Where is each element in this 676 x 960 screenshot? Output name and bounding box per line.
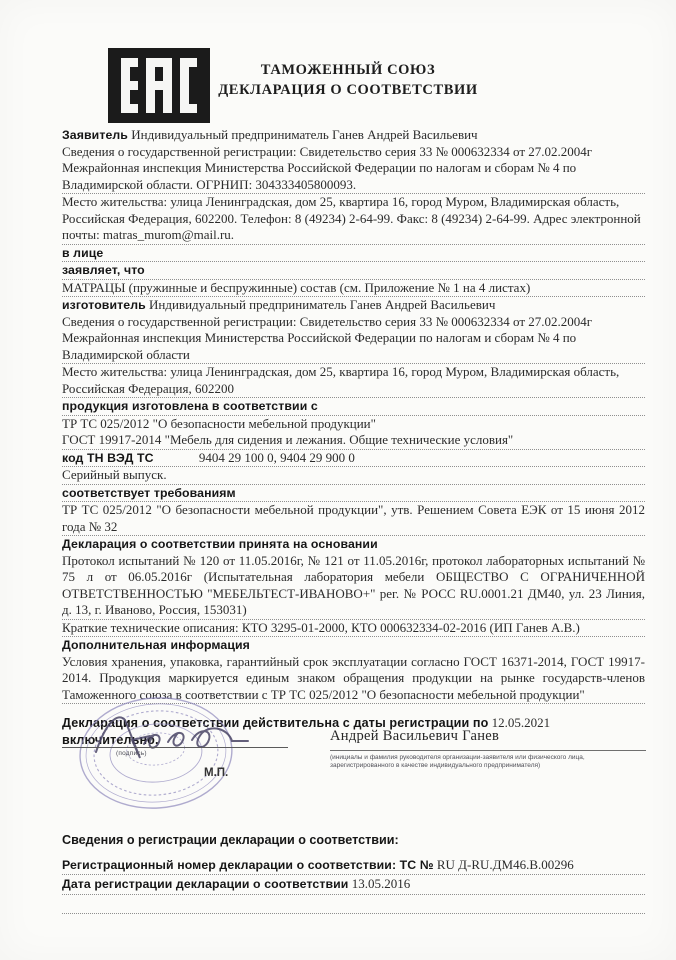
stamp-place-label: М.П. <box>204 767 228 779</box>
basis-label: Декларация о соответствии принята на осн… <box>62 536 645 553</box>
manufacturer-label: изготовитель <box>62 298 146 312</box>
applicant-label: Заявитель <box>62 128 128 142</box>
field-tnved-code: код ТН ВЭД ТС 9404 29 100 0, 9404 29 900… <box>62 450 645 468</box>
manufacturer-registration-info: Сведения о государственной регистрации: … <box>62 314 645 365</box>
technical-descriptions: Краткие технические описания: КТО 3295-0… <box>62 620 645 638</box>
registration-number-value: RU Д-RU.ДМ46.В.00296 <box>437 857 574 872</box>
validity-date: 12.05.2021 <box>492 715 551 730</box>
applicant-address: Место жительства: улица Ленинградская, д… <box>62 194 645 245</box>
signature-scrawl <box>88 700 268 770</box>
registration-date-label: Дата регистрации декларации о соответств… <box>62 877 348 891</box>
title-line-1: ТАМОЖЕННЫЙ СОЮЗ <box>40 60 656 80</box>
document-title: ТАМОЖЕННЫЙ СОЮЗ ДЕКЛАРАЦИЯ О СООТВЕТСТВИ… <box>40 60 656 100</box>
tnved-value: 9404 29 100 0, 9404 29 900 0 <box>199 450 355 465</box>
applicant-registration-info: Сведения о государственной регистрации: … <box>62 144 645 195</box>
tnved-label: код ТН ВЭД ТС <box>62 451 154 465</box>
standard-gost: ГОСТ 19917-2014 "Мебель для сидения и ле… <box>62 432 645 450</box>
field-manufacturer: изготовитель Индивидуальный предпринимат… <box>62 297 645 314</box>
serial-issue: Серийный выпуск. <box>62 467 645 485</box>
signatory-name-line <box>330 750 646 751</box>
product-description: МАТРАЦЫ (пружинные и беспружинные) соста… <box>62 280 645 298</box>
declaration-document: ЕАС ТАМОЖЕННЫЙ СОЮЗ ДЕКЛАРАЦИЯ О СООТВЕТ… <box>0 0 676 960</box>
manufacturer-address: Место жительства: улица Ленинградская, д… <box>62 364 645 398</box>
basis-text: Протокол испытаний № 120 от 11.05.2016г,… <box>62 553 645 620</box>
registration-number-label: Регистрационный номер декларации о соотв… <box>62 858 434 872</box>
registration-section: Сведения о регистрации декларации о соот… <box>62 831 645 914</box>
registration-number-row: Регистрационный номер декларации о соотв… <box>62 856 645 876</box>
signature-line <box>62 747 288 748</box>
registration-date-row: Дата регистрации декларации о соответств… <box>62 875 645 895</box>
document-body: Заявитель Индивидуальный предприниматель… <box>62 127 645 748</box>
signatory-name: Андрей Васильевич Ганев <box>330 728 499 745</box>
standard-tr-ts: ТР ТС 025/2012 "О безопасности мебельной… <box>62 416 645 433</box>
signature-caption: (подпись) <box>116 750 147 757</box>
complies-label: соответствует требованиям <box>62 485 645 503</box>
title-line-2: ДЕКЛАРАЦИЯ О СООТВЕТСТВИИ <box>40 80 656 100</box>
accordance-label: продукция изготовлена в соответствии с <box>62 398 645 416</box>
manufacturer-value: Индивидуальный предприниматель Ганев Анд… <box>149 297 495 312</box>
registration-empty-row <box>62 895 645 915</box>
registration-header: Сведения о регистрации декларации о соот… <box>62 831 645 850</box>
complies-text: ТР ТС 025/2012 "О безопасности мебельной… <box>62 502 645 536</box>
field-applicant: Заявитель Индивидуальный предприниматель… <box>62 127 645 144</box>
signatory-name-caption: (инициалы и фамилия руководителя организ… <box>330 754 642 770</box>
applicant-value: Индивидуальный предприниматель Ганев Анд… <box>131 127 477 142</box>
in-person-label: в лице <box>62 245 645 263</box>
declares-label: заявляет, что <box>62 262 645 280</box>
additional-info-label: Дополнительная информация <box>62 637 645 654</box>
registration-date-value: 13.05.2016 <box>352 876 411 891</box>
